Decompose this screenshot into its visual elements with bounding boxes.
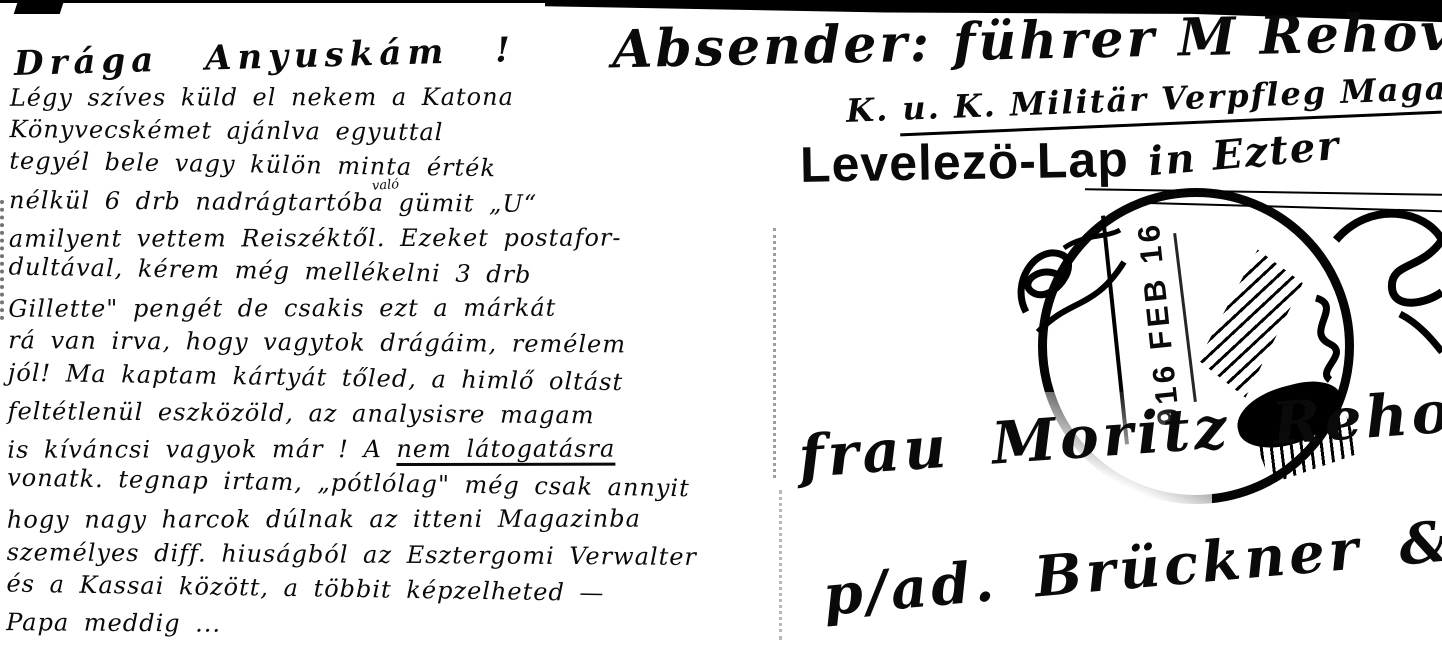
underlined-phrase: nem látogatásra xyxy=(396,435,615,466)
message-line-prefix: is kíváncsi vagyok már ! A xyxy=(7,435,396,464)
card-type-label: Levelezö-Lap xyxy=(800,130,1130,194)
message-line: Légy szíves küld el nekem a Katona xyxy=(10,79,830,116)
salutation: Drága Anyuskám ! xyxy=(14,30,517,84)
message-body: Légy szíves küld el nekem a Katona Könyv… xyxy=(6,77,830,646)
sender-unit-line: K. u. K. Militär Verpfleg Magaz xyxy=(845,68,1442,130)
scan-ink-blob xyxy=(14,0,65,14)
cutoff-handwriting-flourish xyxy=(1330,196,1442,356)
recipient-care-of-line: p/ad. Brückner & Reh xyxy=(821,493,1442,629)
postcard-scan: Drága Anyuskám ! való Légy szíves küld e… xyxy=(0,0,1442,650)
message-line: Gillette" pengét de csakis ezt a márkát xyxy=(8,291,828,328)
destination-note: in Ezter xyxy=(1146,122,1342,186)
sender-line: Absender: führer M Rehovit xyxy=(611,1,1442,81)
message-line: hogy nagy harcok dúlnak az itteni Magazi… xyxy=(7,502,827,539)
handwriting-flourish xyxy=(1008,228,1148,358)
